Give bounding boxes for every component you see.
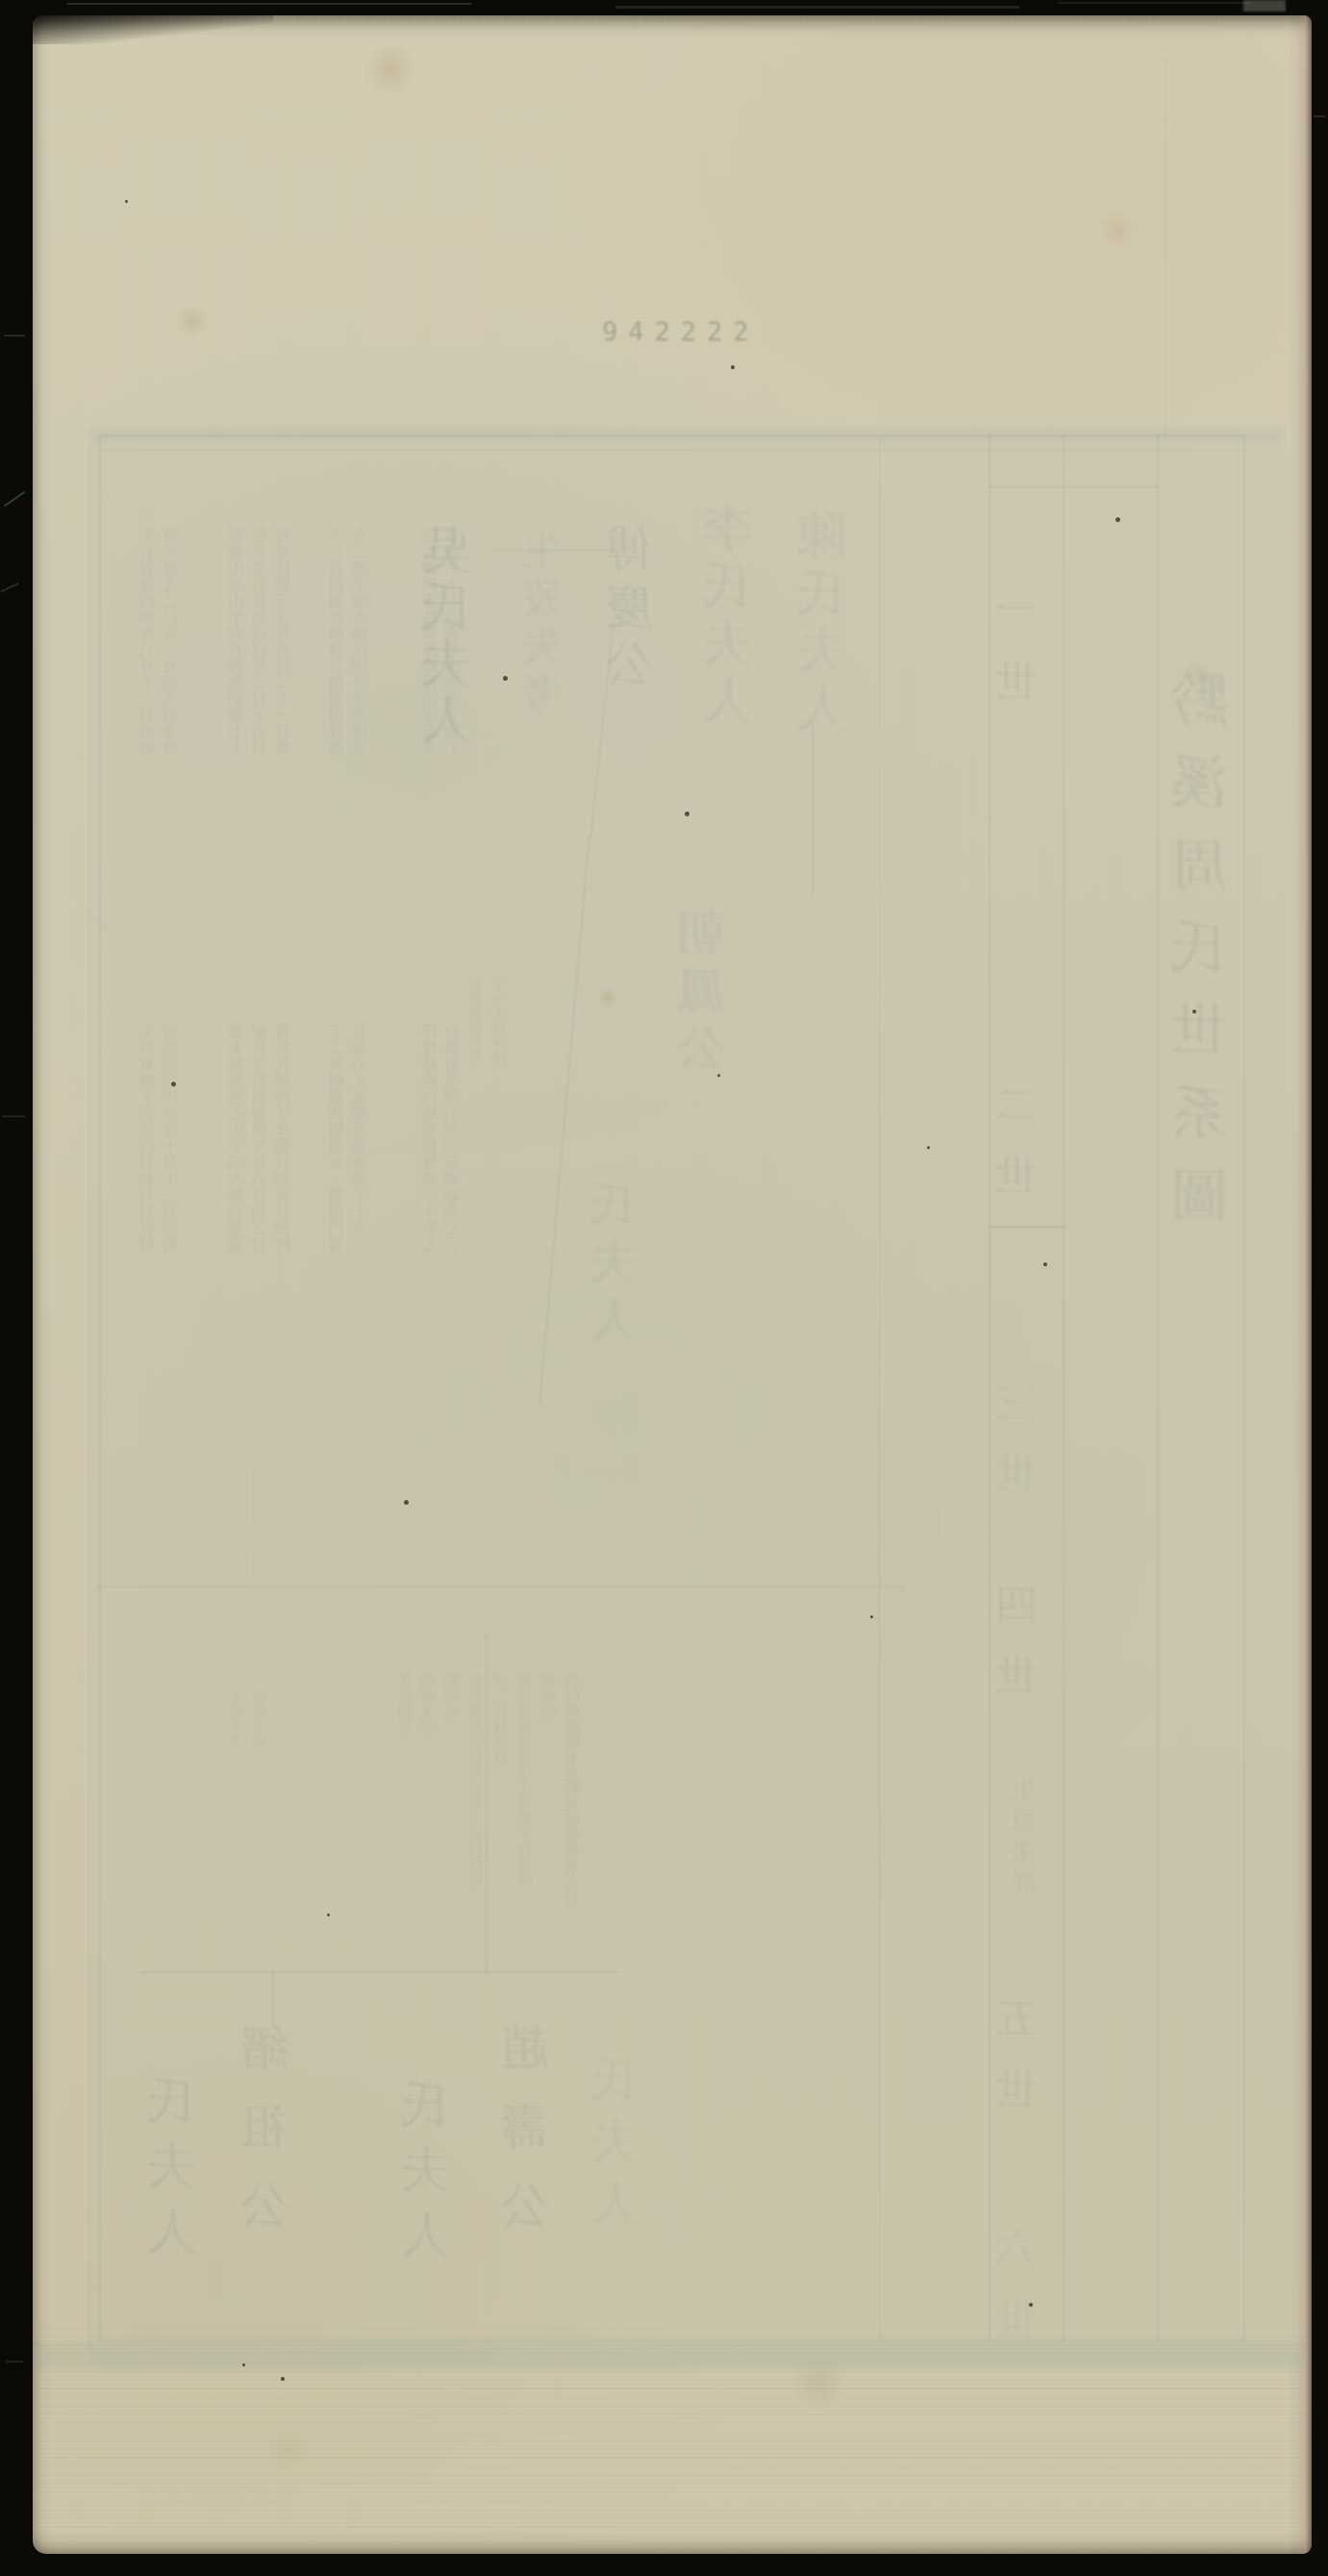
name-zhaoshou-gong: 趙壽公 (505, 2023, 553, 2260)
note-mid-c1: 生歿葬俱失考 (469, 977, 484, 1063)
note-r3-c5: 子二長週次迪 (494, 1673, 510, 1765)
tree-h-bottom (141, 1971, 617, 1973)
dirt-speck-16 (927, 1146, 930, 1149)
note-r3-c3: 配李氏 (445, 1673, 461, 1719)
crease-mid (539, 835, 590, 1405)
margin-scratch-left-3 (4, 335, 25, 337)
library-stamp-number: 942222 (602, 317, 760, 347)
name-shi-furen-b3: 氏夫人 (596, 2056, 642, 2240)
dirt-speck-11 (1029, 2303, 1033, 2307)
dirt-speck-4 (717, 1074, 720, 1077)
rule-col-d (879, 435, 881, 2341)
fox-stain-7 (267, 2429, 310, 2471)
note-r3-c8: 公以耕讀傳家克勤克儉鄉黨重之焉 (566, 1673, 582, 1904)
dirt-speck-7 (327, 1913, 330, 1916)
note-r1-c6: 子三長添福次添祿三添壽俱詳後 (331, 527, 347, 756)
note-r3-c1: 生於道光 (398, 1673, 413, 1735)
dirt-speck-15 (685, 812, 689, 816)
note-r1-c7: 女二適王適李俱出閨各得其所焉 (354, 527, 370, 756)
note-r2-c8: 氏性慈惠內助有賢聲壽六十有七 (424, 1023, 440, 1252)
note-r3-c7: 葬祖山 (542, 1673, 558, 1719)
paper-texture (33, 15, 1312, 2554)
rule-label-divider (989, 1226, 1065, 1228)
margin-scratch-top-3 (1058, 2, 1250, 4)
note-r3-c2: 歿葬未詳 (421, 1673, 437, 1735)
table-border-bottom (99, 2339, 1245, 2341)
dirt-speck-13 (242, 2363, 245, 2366)
bleed-title-column: 黔溪周氏世系圖 (1175, 669, 1233, 1248)
dirt-speck-10 (870, 1615, 873, 1618)
dirt-speck-8 (1192, 1010, 1196, 1013)
margin-scratch-left-5 (6, 2361, 23, 2363)
note-r2-c7: 公居心正直鄉里稱善壽七十有三 (354, 1023, 370, 1252)
dirt-speck-6 (503, 676, 508, 681)
note-r3-c4: 生於道光壬辰年七月十五日戌時 (469, 1673, 485, 1888)
note-r2-c9: 合葬祖塋卯山酉向有碑誌為記云 (447, 1023, 464, 1252)
tree-v-mid (486, 1635, 488, 1973)
generation-label-2: 二世 (1000, 1083, 1042, 1225)
dirt-speck-2 (731, 365, 735, 369)
name-shi-furen-b1: 氏夫人 (152, 2075, 202, 2271)
generation-label-1: 一世 (1000, 588, 1042, 731)
note-r3s-c2: 葬祖山向 (254, 1690, 268, 1748)
name-jinzu-gong: 縉祖公 (244, 2023, 292, 2260)
margin-scratch-right-1 (1314, 115, 1325, 117)
generation-label-6: 六世 (1000, 2227, 1042, 2369)
dirt-speck-3 (1115, 517, 1120, 522)
rule-col-b (1063, 435, 1065, 2341)
table-border-left (99, 435, 101, 2341)
note-r2-c3: 葬本里屋後乙山辛向夫婦同塋墓 (231, 1023, 247, 1252)
dirt-speck-14 (281, 2377, 285, 2381)
name-shi-furen-b2: 氏夫人 (406, 2079, 456, 2275)
note-r2-c5: 歿於光緒丙子年臘月初五日酉時 (277, 1023, 293, 1252)
table-border-top-2 (99, 449, 1245, 451)
margin-scratch-top-2 (615, 6, 1019, 9)
note-r1-c3: 葬後山庚山甲向有碑為記壽七十 (231, 527, 247, 756)
bleed-band-top (90, 427, 1283, 440)
note-r1-c9: 享壽六十有八葬祖山同向立碑記 (447, 527, 464, 756)
rule-label-header (989, 486, 1159, 488)
note-r1-c8: 公幼讀詩書性敦厚勤儉治家有方 (424, 527, 440, 756)
margin-scratch-left-2 (1, 583, 19, 592)
margin-scratch-left-4 (2, 1115, 25, 1117)
generation-label-3: 三世 (1000, 1381, 1042, 1523)
dirt-speck-5 (1043, 1263, 1047, 1266)
margin-scratch-top-1 (67, 3, 471, 5)
crease-right (1165, 58, 1167, 442)
note-mid-c2: 子一天相詳後 (492, 977, 507, 1063)
name-chen-shi-furen: 陳氏夫人 (802, 510, 852, 740)
fox-stain-4 (1098, 210, 1137, 248)
note-r2-c4: 配氏生於嘉慶庚午年六月初三日 (254, 1023, 270, 1252)
note-r2-c1: 生於嘉慶丁卯年四月初八日寅時 (141, 1023, 158, 1252)
name-shi-furen-mid: 氏夫人 (594, 1181, 640, 1354)
rule-col-a (989, 435, 990, 2341)
dirt-speck-12 (171, 1082, 176, 1087)
fox-stain-2 (176, 305, 209, 338)
fox-stain-1 (363, 42, 417, 96)
dirt-speck-9 (404, 1500, 409, 1505)
name-chaofeng-gong: 朝鳳公 (681, 908, 729, 1081)
paper-sheet: 942222 黔溪周氏世系圖一世二世三世四世五世六世生歿未詳吳氏夫人生歿失考傅慶… (33, 15, 1312, 2554)
generation-note: 生歿未詳 (1014, 1777, 1039, 1900)
name-secondary-note: 生歿失考 (525, 529, 565, 721)
generation-label-4: 四世 (1000, 1583, 1042, 1725)
name-li-shi-furen: 李氏夫人 (708, 502, 758, 733)
note-r1-c4: 配氏生於乾隆戊戌年二月十六日 (254, 527, 270, 756)
note-r1-c5: 歿於咸豐壬子年九月二十一日葬 (277, 527, 293, 756)
scanned-genealogy-page: { "scan": { "stamp_number": "942222", "p… (0, 0, 1328, 2576)
note-r3s-c1: 生歿失考 (231, 1690, 245, 1748)
note-r2-c6: 子二長朝鳳次朝凰女一適彭門焉 (331, 1023, 347, 1252)
scanner-artifact-blob (1243, 0, 1286, 12)
name-fuqing-gong: 傅慶公 (609, 524, 657, 697)
dirt-speck-1 (125, 200, 128, 203)
note-r1-c2: 歿於道光乙巳年三月初九日未時 (164, 527, 181, 756)
generation-label-5: 五世 (1000, 1996, 1042, 2138)
shadow-band-mid (96, 1585, 904, 1588)
note-r2-c2: 歿於同治甲子年十月十三日申時 (164, 1023, 181, 1252)
paper-edge-curl (1296, 15, 1312, 2554)
tree-v-bottom (272, 1971, 274, 2029)
margin-scratch-left-1 (4, 491, 25, 508)
rule-col-c (1157, 435, 1159, 2341)
fox-stain-3 (598, 988, 617, 1008)
note-r1-c1: 生於乾隆丙申年八月十二日辰時 (141, 527, 158, 756)
note-r3-c6: 歿於宣統己酉年正月初十日卯時 (518, 1673, 534, 1888)
bleed-band-bottom (33, 2342, 1312, 2369)
tree-v-row1 (812, 723, 814, 896)
table-border-right (1243, 435, 1245, 2341)
